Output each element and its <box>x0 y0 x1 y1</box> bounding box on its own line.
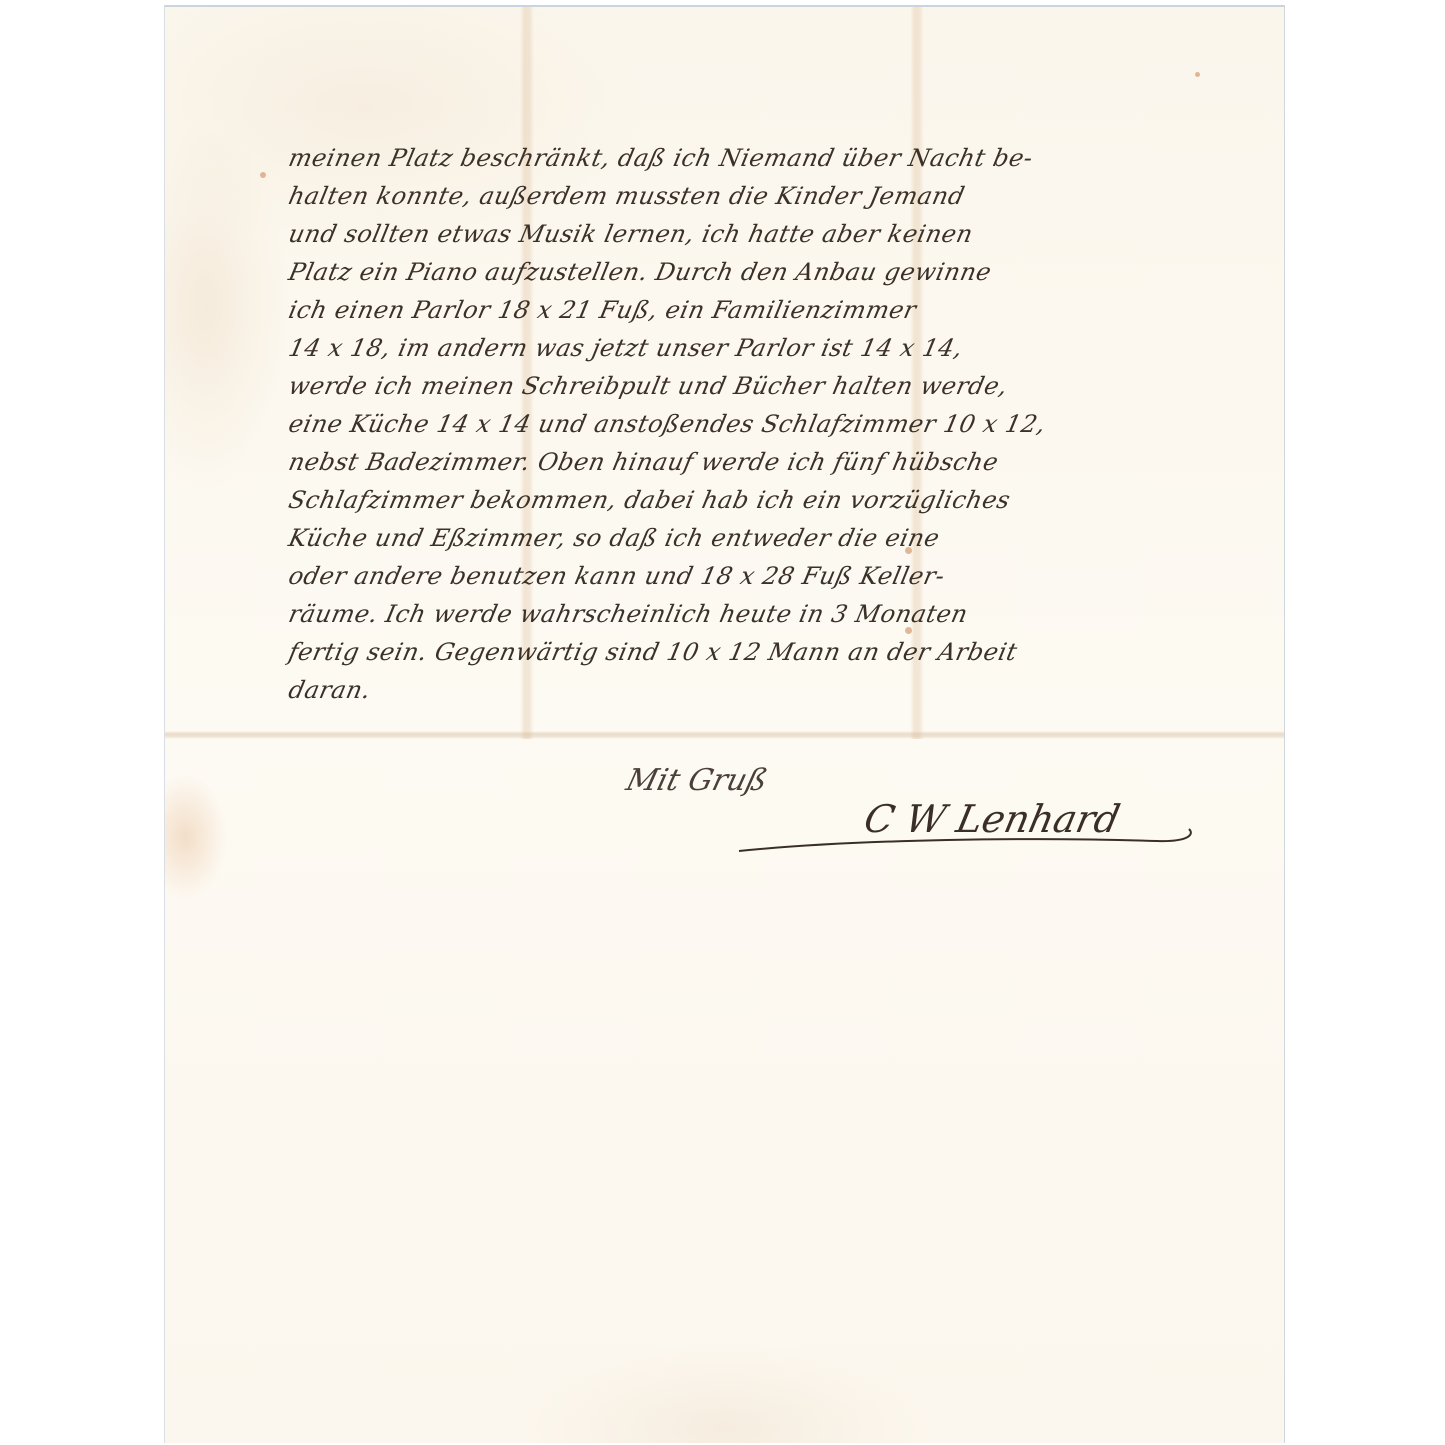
letter-body: meinen Platz beschränkt, daß ich Niemand… <box>285 139 1265 709</box>
body-line: werde ich meinen Schreibpult und Bücher … <box>285 367 1273 405</box>
body-line: Küche und Eßzimmer, so daß ich entweder … <box>285 519 1273 557</box>
body-line: und sollten etwas Musik lernen, ich hatt… <box>285 215 1273 253</box>
body-line: fertig sein. Gegenwärtig sind 10 x 12 Ma… <box>285 633 1273 671</box>
letter-page: meinen Platz beschränkt, daß ich Niemand… <box>165 5 1284 1443</box>
foxing-spot <box>1195 72 1200 77</box>
body-line: eine Küche 14 x 14 und anstoßendes Schla… <box>285 405 1273 443</box>
body-line: räume. Ich werde wahrscheinlich heute in… <box>285 595 1273 633</box>
letter-closing: Mit Gruß <box>623 763 771 798</box>
body-line: 14 x 18, im andern was jetzt unser Parlo… <box>285 329 1273 367</box>
body-line: nebst Badezimmer. Oben hinauf werde ich … <box>285 443 1273 481</box>
body-line: daran. <box>285 671 1273 709</box>
body-line: Platz ein Piano aufzustellen. Durch den … <box>285 253 1273 291</box>
body-line: Schlafzimmer bekommen, dabei hab ich ein… <box>285 481 1273 519</box>
body-line: halten konnte, außerdem mussten die Kind… <box>285 177 1273 215</box>
body-line: meinen Platz beschränkt, daß ich Niemand… <box>285 139 1273 177</box>
horizontal-fold <box>165 731 1284 739</box>
foxing-spot <box>260 172 266 178</box>
body-line: ich einen Parlor 18 x 21 Fuß, ein Famili… <box>285 291 1273 329</box>
body-line: oder andere benutzen kann und 18 x 28 Fu… <box>285 557 1273 595</box>
signature-underline-flourish <box>737 827 1197 857</box>
